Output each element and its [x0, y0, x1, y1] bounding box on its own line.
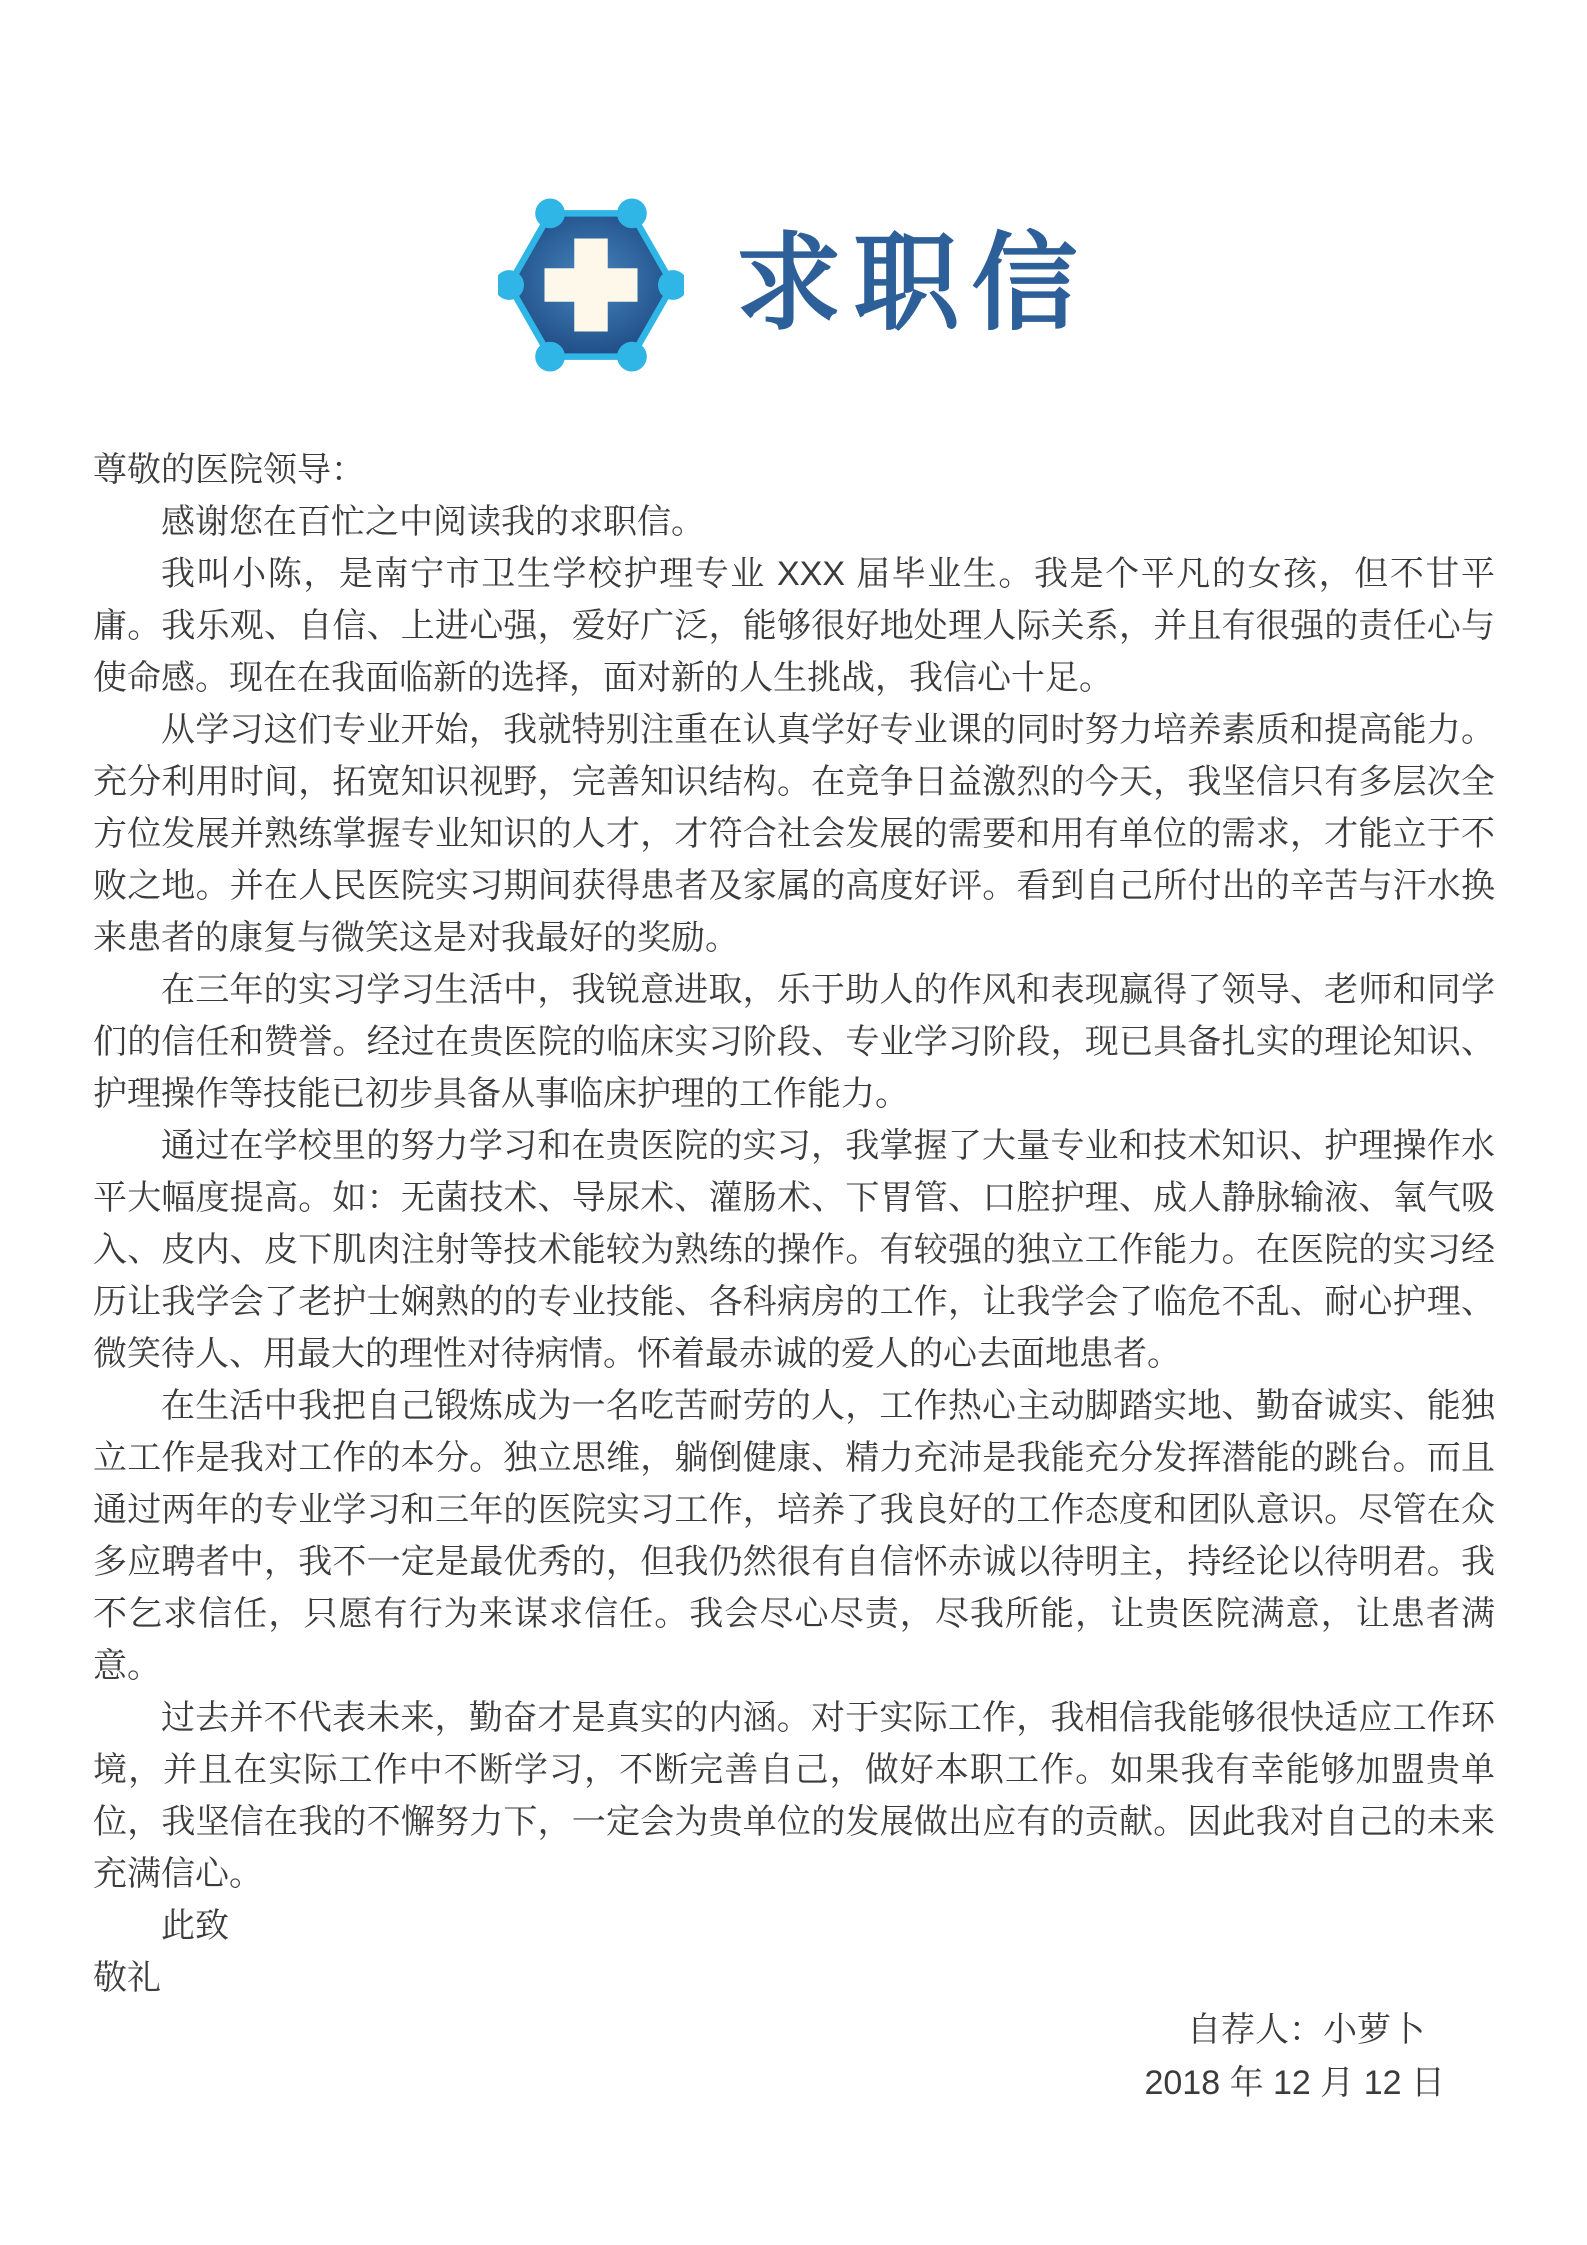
signature-name: 自荐人：小萝卜	[0, 2004, 1495, 2057]
paragraph-7: 过去并不代表未来，勤奋才是真实的内涵。对于实际工作，我相信我能够很快适应工作环境…	[93, 1692, 1495, 1900]
letter-page: 求职信 尊敬的医院领导： 感谢您在百忙之中阅读我的求职信。 我叫小陈，是南宁市卫…	[0, 0, 1587, 2245]
paragraph-6: 在生活中我把自己锻炼成为一名吃苦耐劳的人，工作热心主动脚踏实地、勤奋诚实、能独立…	[93, 1380, 1495, 1692]
medical-cross-hexagon-logo-icon	[498, 192, 684, 378]
paragraph-5: 通过在学校里的努力学习和在贵医院的实习，我掌握了大量专业和技术知识、护理操作水平…	[93, 1120, 1495, 1380]
signature-block: 自荐人：小萝卜 2018 年 12 月 12 日	[0, 2004, 1495, 2110]
closing-cizhi: 此致	[93, 1900, 1495, 1952]
paragraph-3: 从学习这们专业开始，我就特别注重在认真学好专业课的同时努力培养素质和提高能力。充…	[93, 704, 1495, 964]
letter-header: 求职信	[0, 0, 1587, 378]
paragraph-4: 在三年的实习学习生活中，我锐意进取，乐于助人的作风和表现赢得了领导、老师和同学们…	[93, 964, 1495, 1120]
paragraph-2: 我叫小陈，是南宁市卫生学校护理专业 XXX 届毕业生。我是个平凡的女孩，但不甘平…	[93, 548, 1495, 704]
page-title: 求职信	[736, 232, 1090, 338]
signature-date: 2018 年 12 月 12 日	[0, 2057, 1495, 2110]
logo-vertex-dot	[535, 342, 565, 372]
logo-vertex-dot	[617, 342, 647, 372]
letter-body: 尊敬的医院领导： 感谢您在百忙之中阅读我的求职信。 我叫小陈，是南宁市卫生学校护…	[93, 444, 1495, 2004]
logo-vertex-dot	[617, 199, 647, 229]
closing-jingli: 敬礼	[93, 1952, 1495, 2004]
paragraph-1: 感谢您在百忙之中阅读我的求职信。	[93, 496, 1495, 548]
salutation: 尊敬的医院领导：	[93, 444, 1495, 496]
logo-vertex-dot	[535, 199, 565, 229]
